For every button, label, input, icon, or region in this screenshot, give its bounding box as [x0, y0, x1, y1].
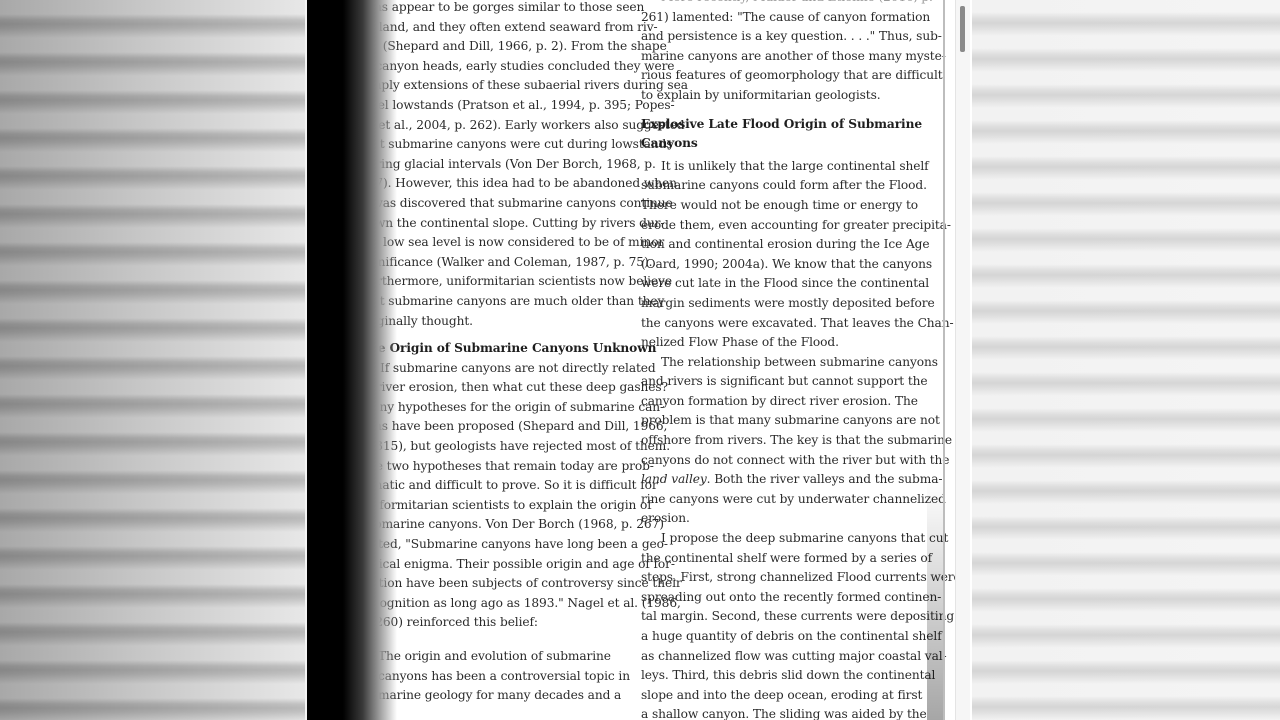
text-line: the continental shelf were formed by a s… — [641, 549, 921, 569]
section-heading: Explosive Late Flood Origin of Submarine… — [641, 115, 921, 154]
text-line: lematic and difficult to prove. So it is… — [360, 476, 630, 496]
text-line: the canyons were excavated. That leaves … — [641, 314, 921, 334]
text-line: submarine canyons. Von Der Borch (1968, … — [360, 515, 630, 535]
page-edge-shadow — [927, 480, 943, 720]
text-line: logical enigma. Their possible origin an… — [360, 555, 630, 575]
text-line: spreading out onto the recently formed c… — [641, 588, 921, 608]
text-line: on land, and they often extend seaward f… — [360, 18, 630, 38]
text-line: steps. First, strong channelized Flood c… — [641, 568, 921, 588]
text-line: originally thought. — [360, 312, 630, 332]
scrollbar-thumb[interactable] — [960, 6, 965, 52]
text-line: It is unlikely that the large continenta… — [641, 157, 921, 177]
text-line: stated, "Submarine canyons have long bee… — [360, 535, 630, 555]
text-line: problem is that many submarine canyons a… — [641, 411, 921, 431]
text-line: There would not be enough time or energy… — [641, 196, 921, 216]
text-line: marine canyons are another of those many… — [641, 47, 921, 67]
text-line: mation have been subjects of controversy… — [360, 574, 630, 594]
italic-term: land valley — [641, 472, 707, 486]
text-line: as channelized flow was cutting major co… — [641, 647, 921, 667]
text-line: cu et al., 2004, p. 262). Early workers … — [360, 116, 630, 136]
text-line: 261) lamented: "The cause of canyon form… — [641, 8, 921, 28]
text-line: significance (Walker and Coleman, 1987, … — [360, 253, 630, 273]
text-line: The relationship between submarine canyo… — [641, 353, 921, 373]
text-line-cut-off: More recently, Mulder and Etienne (2010,… — [641, 0, 921, 8]
text-line: nelized Flow Phase of the Flood. — [641, 333, 921, 353]
vertical-scrollbar[interactable] — [955, 0, 970, 720]
text-line: and rivers is significant but cannot sup… — [641, 372, 921, 392]
text-line: tal margin. Second, these currents were … — [641, 607, 921, 627]
right-text-column: More recently, Mulder and Etienne (2010,… — [641, 0, 921, 720]
text-line: were cut late in the Flood since the con… — [641, 274, 921, 294]
text-line: p. 315), but geologists have rejected mo… — [360, 437, 630, 457]
text-line: level lowstands (Pratson et al., 1994, p… — [360, 96, 630, 116]
text-line: tion and continental erosion during the … — [641, 235, 921, 255]
text-line: margin sediments were mostly deposited b… — [641, 294, 921, 314]
text-line: Furthermore, uniformitarian scientists n… — [360, 272, 630, 292]
blurred-background-left — [0, 0, 307, 720]
text-line: a huge quantity of debris on the contine… — [641, 627, 921, 647]
text-line: it was discovered that submarine canyons… — [360, 194, 630, 214]
heading-line: Explosive Late Flood Origin of Submarine — [641, 115, 921, 135]
text-line: during glacial intervals (Von Der Borch,… — [360, 155, 630, 175]
text-line: erosion. — [641, 509, 921, 529]
book-gutter-shadow — [307, 0, 397, 720]
text-line: simply extensions of these subaerial riv… — [360, 76, 630, 96]
text-line: that submarine canyons were cut during l… — [360, 135, 630, 155]
text-line: recognition as long ago as 1893." Nagel … — [360, 594, 630, 614]
text-line: ers (Shepard and Dill, 1966, p. 2). From… — [360, 37, 630, 57]
quote-line: marine geology for many decades and a — [360, 686, 630, 706]
text-line: uniformitarian scientists to explain the… — [360, 496, 630, 516]
text-line: down the continental slope. Cutting by r… — [360, 214, 630, 234]
text-line: yons appear to be gorges similar to thos… — [360, 0, 630, 18]
text-line: to explain by uniformitarian geologists. — [641, 86, 921, 106]
text-line: to river erosion, then what cut these de… — [360, 378, 630, 398]
text-line: canyons do not connect with the river bu… — [641, 451, 921, 471]
text-line: ing low sea level is now considered to b… — [360, 233, 630, 253]
text-line: leys. Third, this debris slid down the c… — [641, 666, 921, 686]
text-line: rine canyons were cut by underwater chan… — [641, 490, 921, 510]
text-line: p. 260) reinforced this belief: — [360, 613, 630, 633]
text-fragment: . Both the river valleys and the subma- — [707, 472, 943, 486]
left-paragraph-2: If submarine canyons are not directly re… — [360, 359, 630, 633]
right-paragraph-2: It is unlikely that the large continenta… — [641, 157, 921, 353]
scanned-book-page: yons appear to be gorges similar to thos… — [307, 0, 972, 720]
text-line: (Oard, 1990; 2004a). We know that the ca… — [641, 255, 921, 275]
text-line: The two hypotheses that remain today are… — [360, 457, 630, 477]
right-paragraph-1: More recently, Mulder and Etienne (2010,… — [641, 0, 921, 106]
quote-line: canyons has been a controversial topic i… — [360, 667, 630, 687]
text-line: Many hypotheses for the origin of submar… — [360, 398, 630, 418]
left-paragraph-1: yons appear to be gorges similar to thos… — [360, 0, 630, 331]
text-line: erode them, even accounting for greater … — [641, 216, 921, 236]
heading-line: Canyons — [641, 134, 921, 154]
text-line: a shallow canyon. The sliding was aided … — [641, 705, 921, 720]
text-line: rious features of geomorphology that are… — [641, 66, 921, 86]
text-line: offshore from rivers. The key is that th… — [641, 431, 921, 451]
text-line: I propose the deep submarine canyons tha… — [641, 529, 921, 549]
text-line: land valley. Both the river valleys and … — [641, 470, 921, 490]
right-paragraph-4: I propose the deep submarine canyons tha… — [641, 529, 921, 720]
text-line: submarine canyons could form after the F… — [641, 176, 921, 196]
text-line: slope and into the deep ocean, eroding a… — [641, 686, 921, 706]
block-quote: The origin and evolution of submarine ca… — [360, 647, 630, 706]
left-text-column: yons appear to be gorges similar to thos… — [360, 0, 630, 706]
section-heading: The Origin of Submarine Canyons Unknown — [360, 339, 630, 359]
text-line: If submarine canyons are not directly re… — [360, 359, 630, 379]
quote-line: The origin and evolution of submarine — [360, 647, 630, 667]
right-paragraph-3: The relationship between submarine canyo… — [641, 353, 921, 529]
text-line: yons have been proposed (Shepard and Dil… — [360, 417, 630, 437]
text-line: 267). However, this idea had to be aband… — [360, 174, 630, 194]
text-line: canyon formation by direct river erosion… — [641, 392, 921, 412]
blurred-background-right — [972, 0, 1280, 720]
text-line: that submarine canyons are much older th… — [360, 292, 630, 312]
text-line: of canyon heads, early studies concluded… — [360, 57, 630, 77]
text-line: and persistence is a key question. . . .… — [641, 27, 921, 47]
page-edge-divider — [943, 0, 945, 720]
